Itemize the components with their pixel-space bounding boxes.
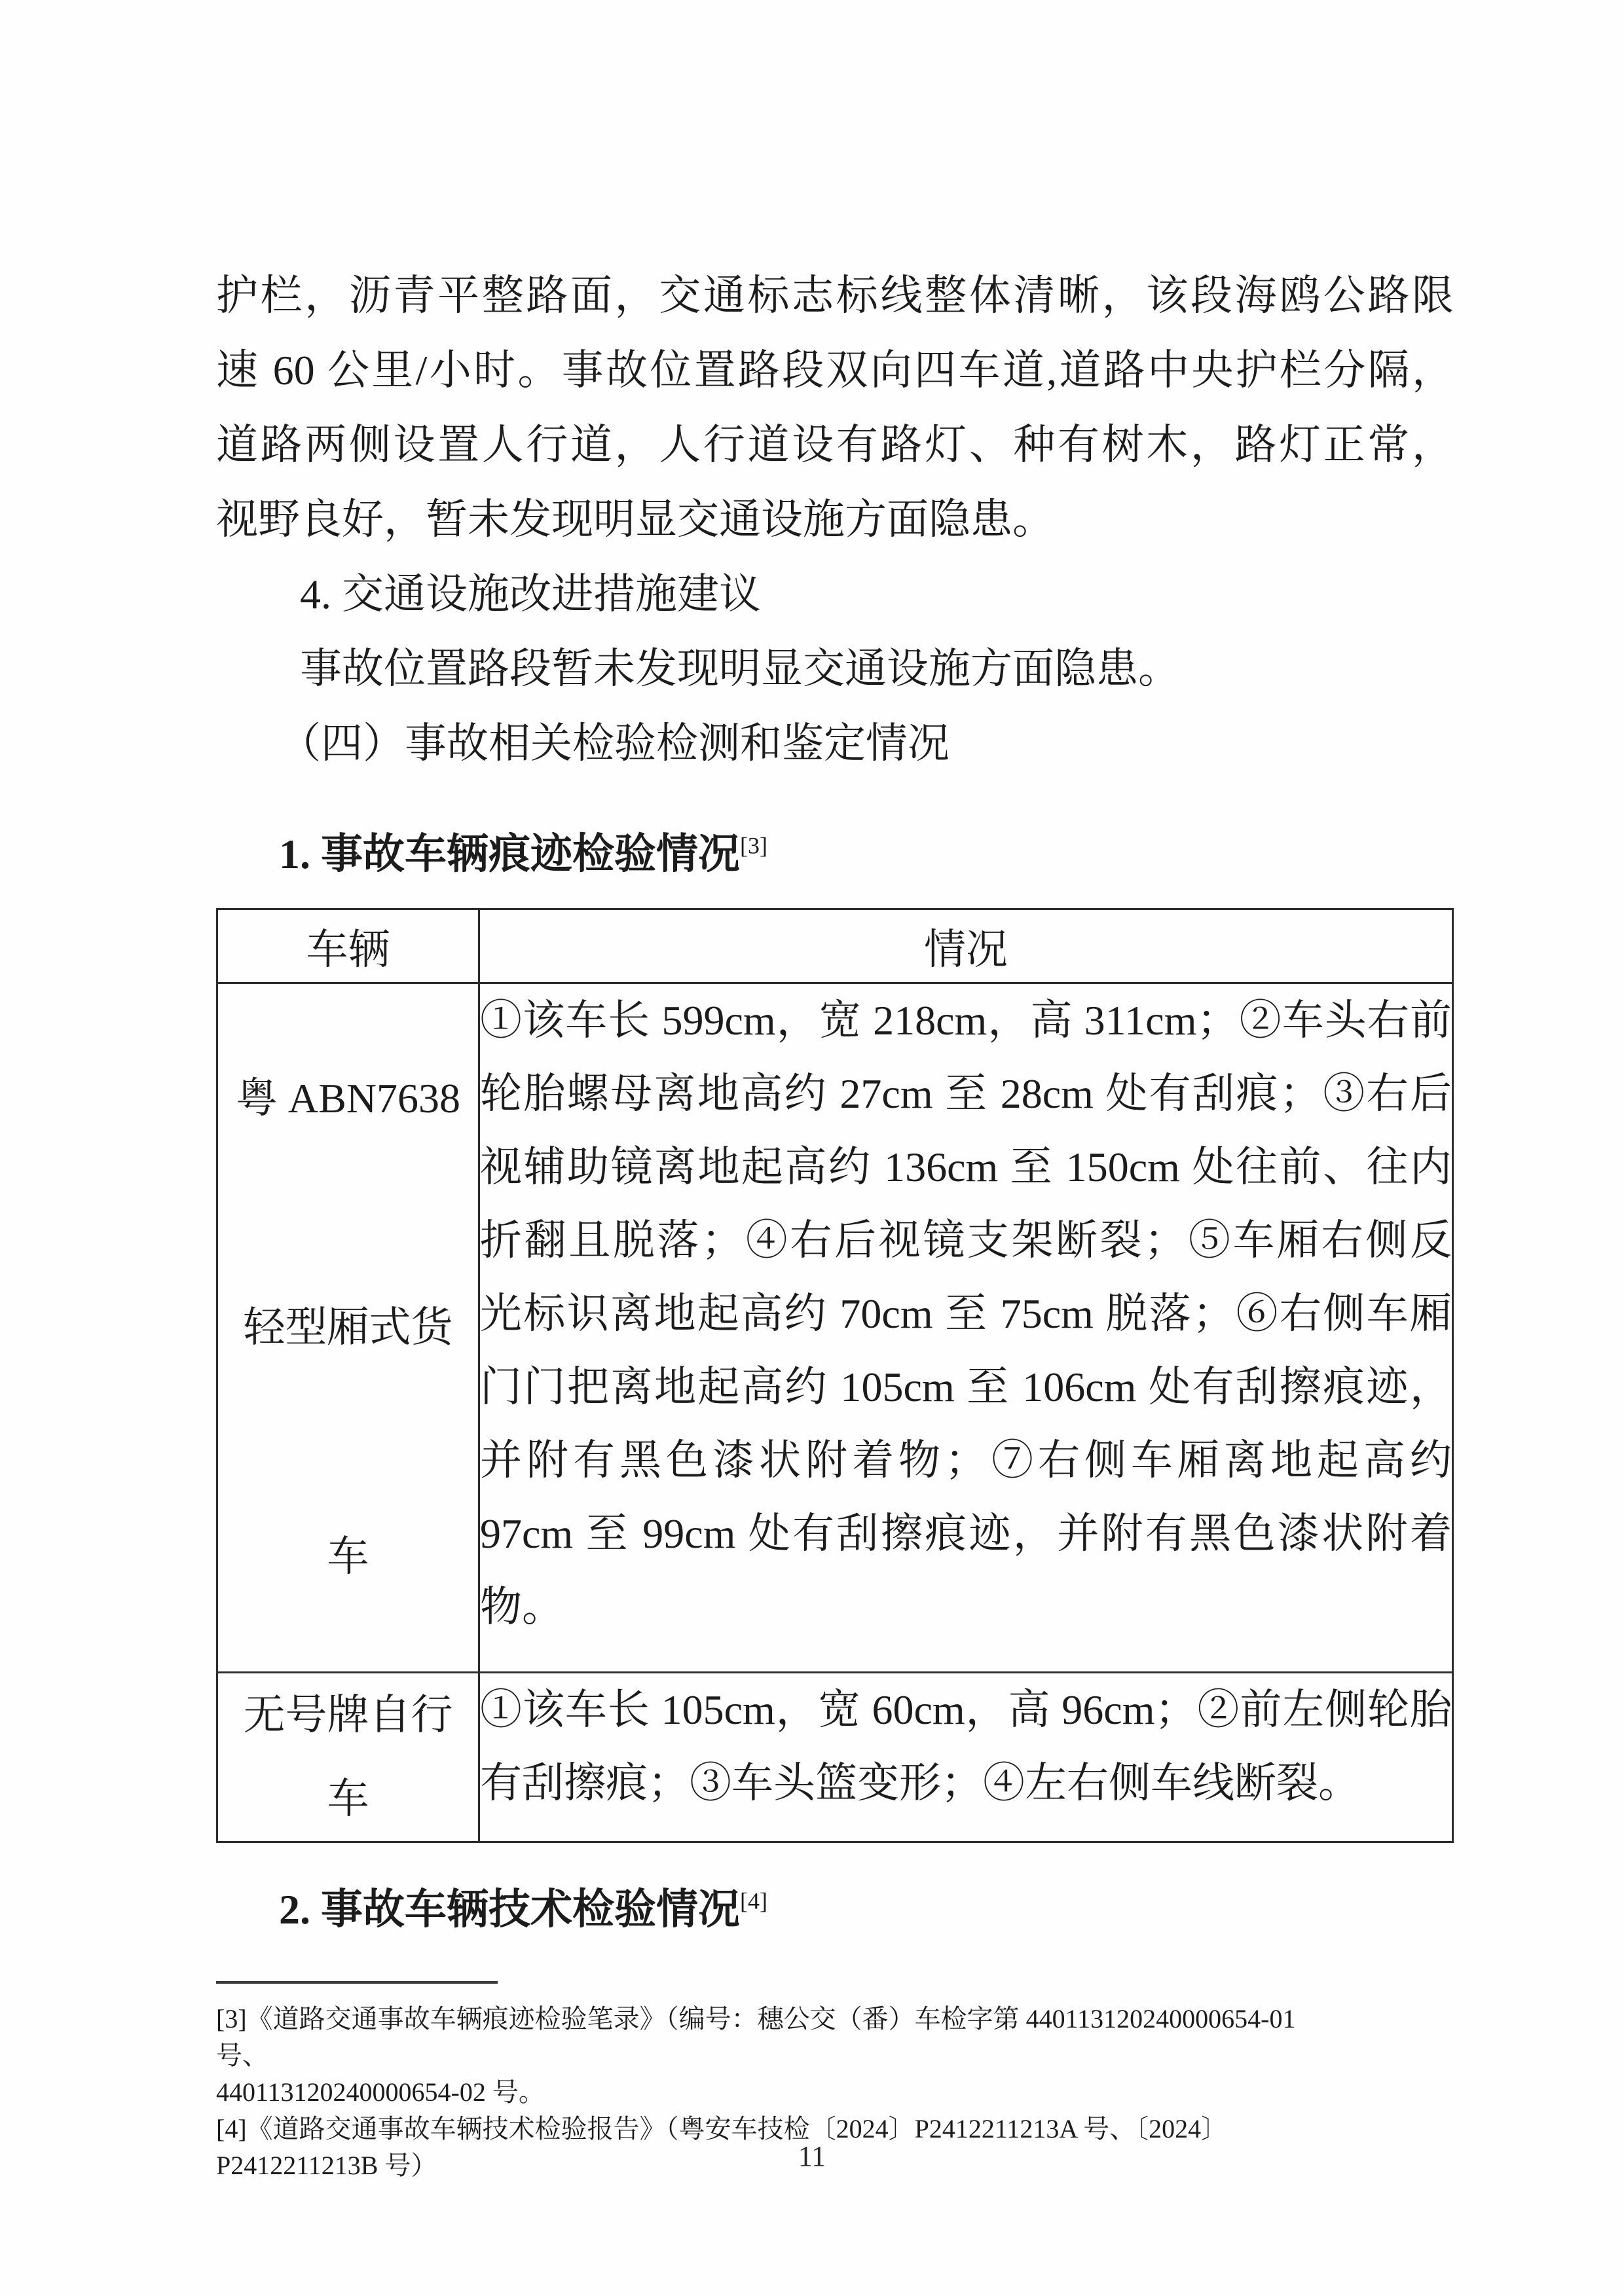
table-header-row: 车辆 情况 [217, 909, 1453, 983]
footnote-ref-3: [3] [740, 833, 767, 859]
body-paragraph-road-conditions: 护栏，沥青平整路面，交通标志标线整体清晰，该段海鸥公路限速 60 公里/小时。事… [216, 259, 1454, 557]
heading-sub-2-text: 2. 事故车辆技术检验情况 [279, 1886, 740, 1933]
heading-item-4: 4. 交通设施改进措施建议 [216, 557, 1454, 632]
text-line: 光标识离地起高约 70cm 至 75cm 脱落；⑥右侧车厢 [480, 1277, 1452, 1351]
text-line: 车 [218, 1757, 478, 1841]
page-number: 11 [0, 2140, 1624, 2173]
trace-inspection-table: 车辆 情况 粤 ABN7638轻型厢式货车 ①该车长 599cm，宽 218cm… [216, 908, 1454, 1843]
text-line: 97cm 至 99cm 处有刮擦痕迹，并附有黑色漆状附着 [480, 1497, 1452, 1571]
vehicle-cell-bicycle: 无号牌自行车 [217, 1673, 479, 1842]
text-line: 440113120240000654-02 号。 [216, 2074, 1329, 2111]
footnote-3: [3]《道路交通事故车辆痕迹检验笔录》（编号：穗公交（番）车检字第 440113… [216, 2001, 1329, 2111]
footnote-ref-4: [4] [740, 1888, 767, 1914]
text-line: ①该车长 599cm，宽 218cm，高 311cm；②车头右前 [480, 984, 1452, 1057]
text-line: 粤 ABN7638 [218, 984, 478, 1213]
text-line: 车 [218, 1442, 478, 1671]
document-page: 护栏，沥青平整路面，交通标志标线整体清晰，该段海鸥公路限速 60 公里/小时。事… [0, 0, 1624, 2296]
table-header-condition: 情况 [479, 909, 1453, 983]
heading-sub-1: 1. 事故车辆痕迹检验情况[3] [216, 817, 1454, 892]
text-line: 无号牌自行 [218, 1673, 478, 1757]
heading-sub-2: 2. 事故车辆技术检验情况[4] [216, 1872, 1454, 1947]
text-line: 道路两侧设置人行道，人行道设有路灯、种有树木，路灯正常， [216, 408, 1454, 483]
text-line: 视野良好，暂未发现明显交通设施方面隐患。 [216, 483, 1454, 557]
table-header-vehicle: 车辆 [217, 909, 479, 983]
text-line: ①该车长 105cm，宽 60cm，高 96cm；②前左侧轮胎 [480, 1673, 1452, 1747]
heading-sub-1-text: 1. 事故车辆痕迹检验情况 [279, 831, 740, 877]
text-line: 轮胎螺母离地高约 27cm 至 28cm 处有刮痕；③右后 [480, 1057, 1452, 1131]
text-line: 折翻且脱落；④右后视镜支架断裂；⑤车厢右侧反 [480, 1204, 1452, 1277]
text-line: 速 60 公里/小时。事故位置路段双向四车道,道路中央护栏分隔， [216, 333, 1454, 408]
vehicle-cell-truck: 粤 ABN7638轻型厢式货车 [217, 983, 479, 1673]
text-line: 有刮擦痕；③车头篮变形；④左右侧车线断裂。 [480, 1747, 1452, 1820]
table-row-bicycle: 无号牌自行车 ①该车长 105cm，宽 60cm，高 96cm；②前左侧轮胎有刮… [217, 1673, 1453, 1842]
text-line: 轻型厢式货 [218, 1213, 478, 1442]
heading-section-four: （四）事故相关检验检测和鉴定情况 [216, 706, 1454, 781]
paragraph-item-4: 事故位置路段暂未发现明显交通设施方面隐患。 [216, 632, 1454, 706]
table-row-truck: 粤 ABN7638轻型厢式货车 ①该车长 599cm，宽 218cm，高 311… [217, 983, 1453, 1673]
condition-cell-truck: ①该车长 599cm，宽 218cm，高 311cm；②车头右前轮胎螺母离地高约… [479, 983, 1453, 1673]
text-line: 并附有黑色漆状附着物；⑦右侧车厢离地起高约 [480, 1424, 1452, 1497]
text-line: 护栏，沥青平整路面，交通标志标线整体清晰，该段海鸥公路限 [216, 259, 1454, 333]
text-line: [3]《道路交通事故车辆痕迹检验笔录》（编号：穗公交（番）车检字第 440113… [216, 2001, 1329, 2074]
footnote-separator [216, 1981, 498, 1984]
page-content: 护栏，沥青平整路面，交通标志标线整体清晰，该段海鸥公路限速 60 公里/小时。事… [216, 259, 1454, 2184]
condition-cell-bicycle: ①该车长 105cm，宽 60cm，高 96cm；②前左侧轮胎有刮擦痕；③车头篮… [479, 1673, 1453, 1842]
text-line: 物。 [480, 1571, 1452, 1644]
text-line: 视辅助镜离地起高约 136cm 至 150cm 处往前、往内 [480, 1131, 1452, 1204]
text-line: 门门把离地起高约 105cm 至 106cm 处有刮擦痕迹， [480, 1351, 1452, 1424]
